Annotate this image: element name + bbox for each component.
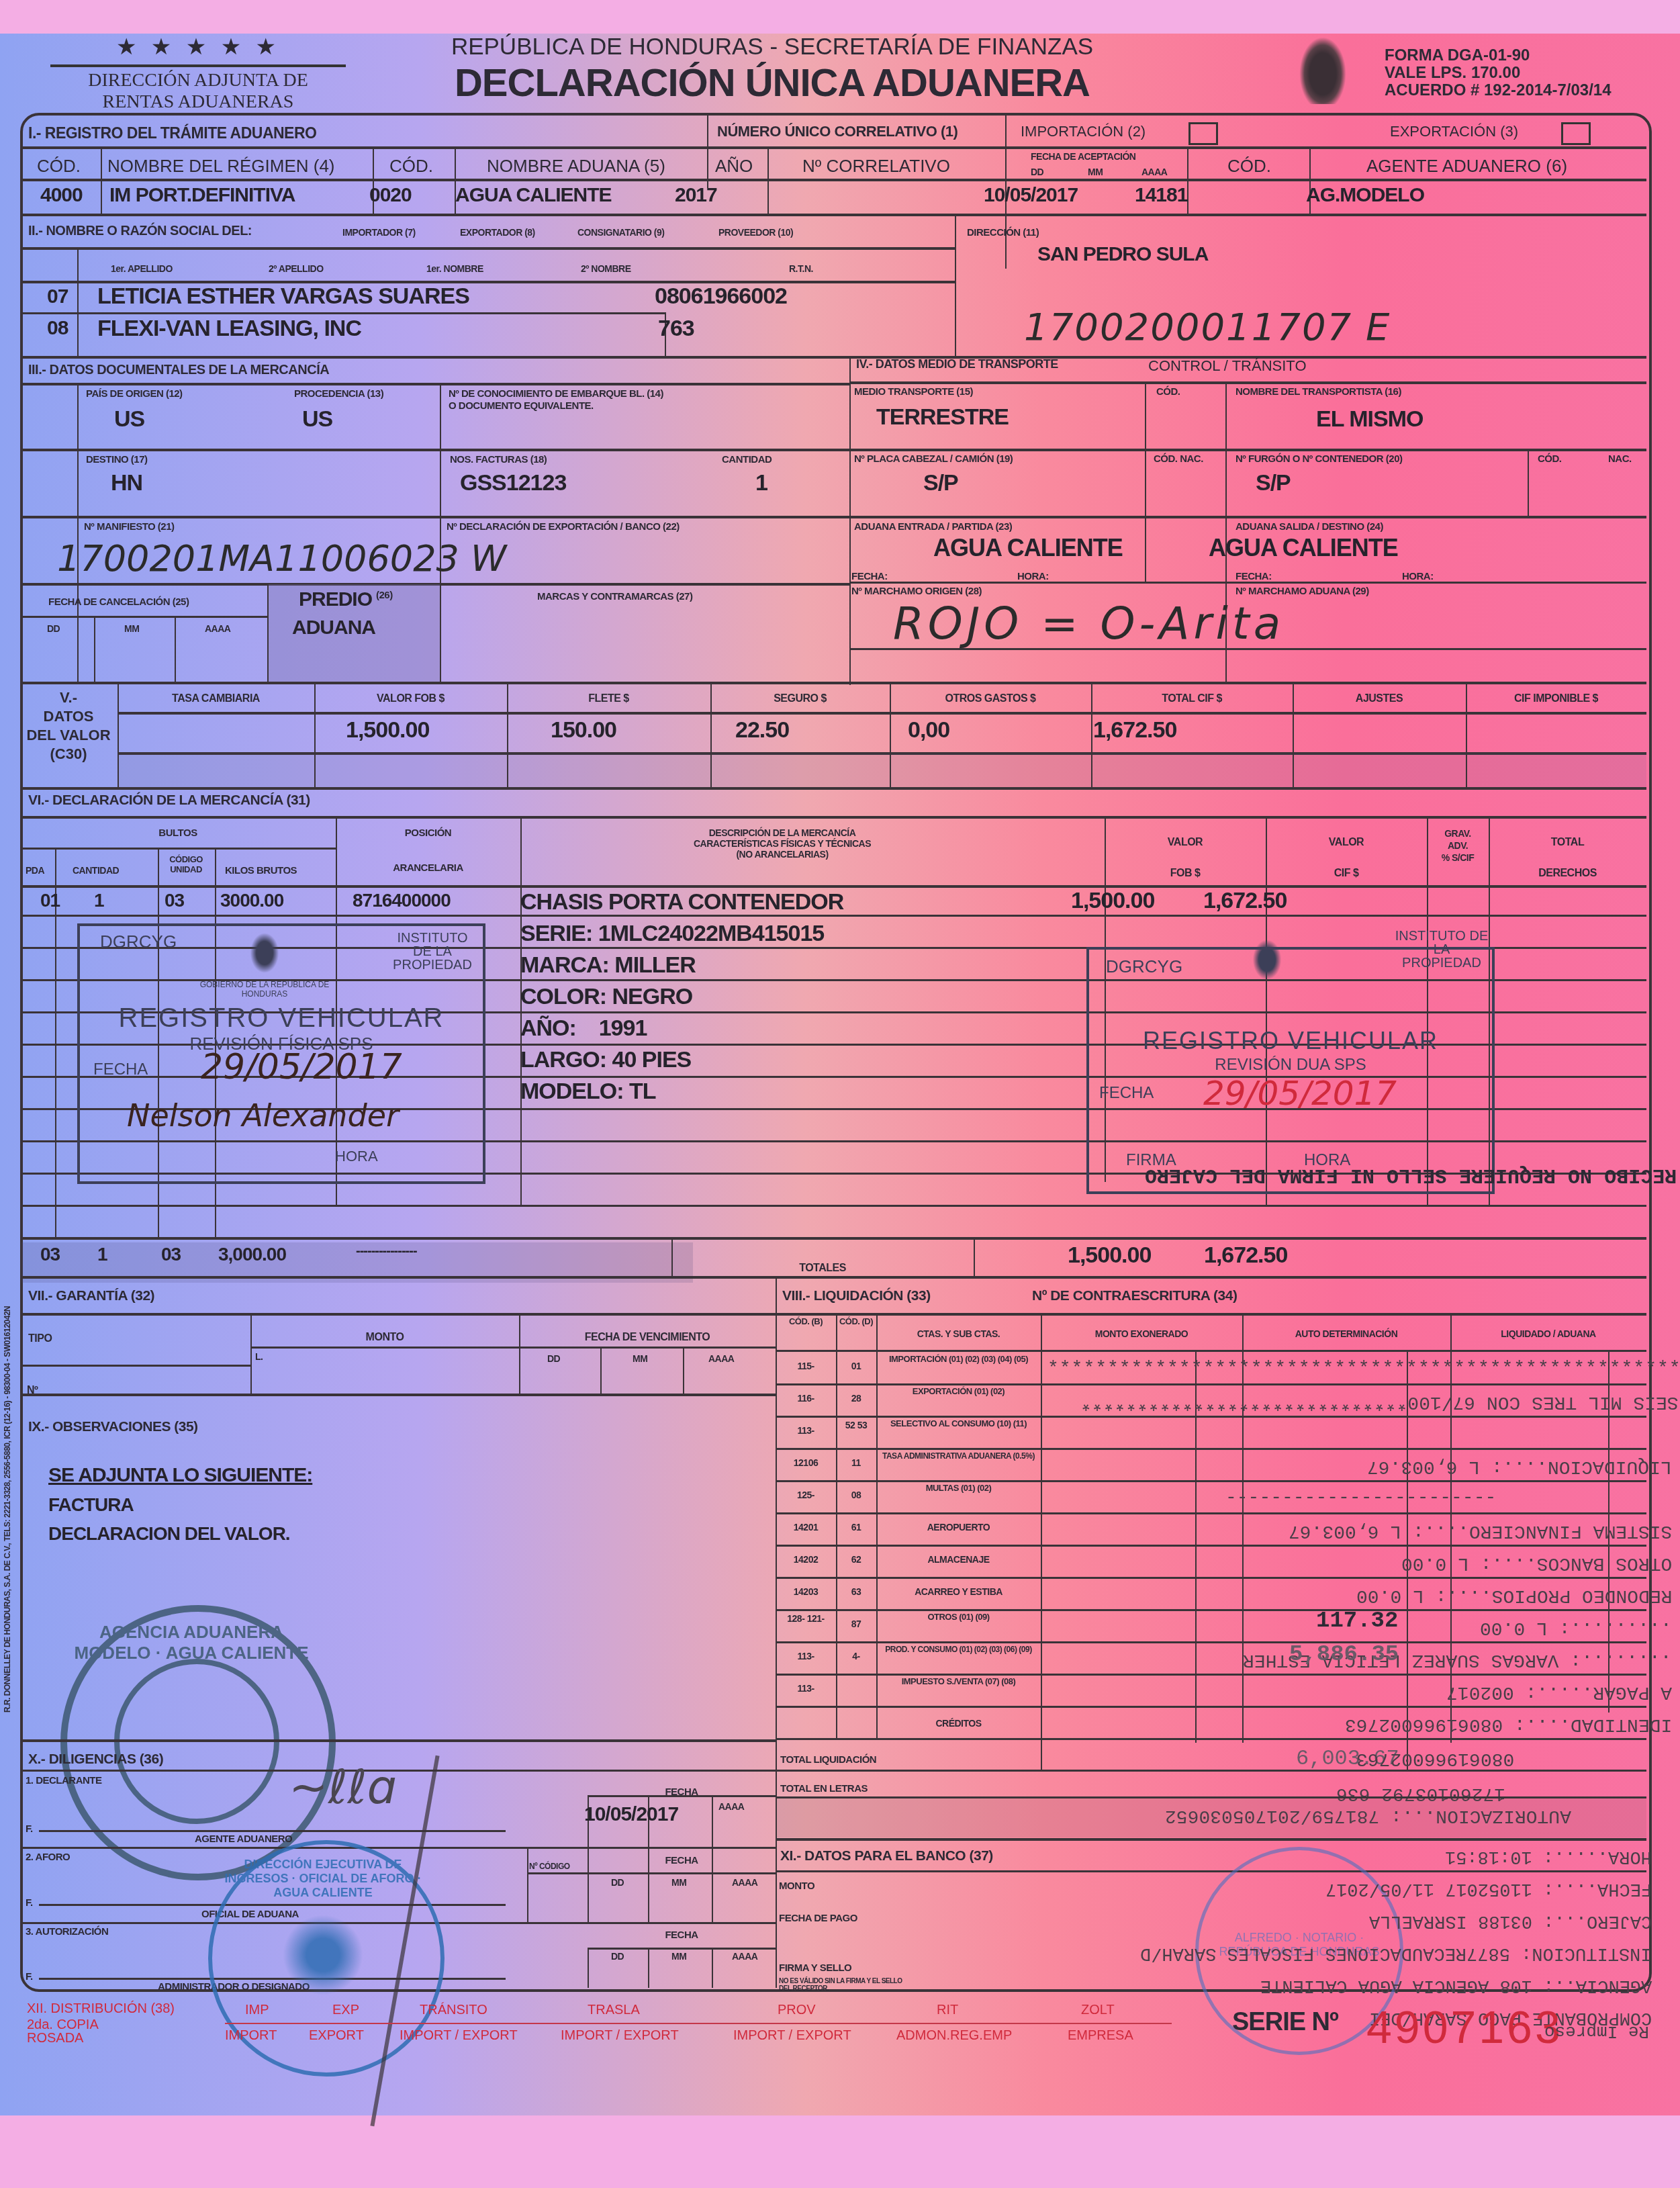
liq-cta: MULTAS (01) (02) xyxy=(876,1483,1041,1494)
agente-aduanero-label: AGENTE ADUANERO xyxy=(195,1833,292,1845)
distribution-line xyxy=(225,2023,1172,2024)
totals-posicion: ---------------- xyxy=(356,1244,417,1259)
registro-vehicular-stamp-right: DGRCYG INSTITUTO DE LA PROPIEDAD REGISTR… xyxy=(1086,947,1495,1194)
liq-cod-b: 14203 xyxy=(776,1586,836,1597)
banco-fecha-pago-label: FECHA DE PAGO xyxy=(779,1913,857,1924)
liq-cod-d: 28 xyxy=(836,1393,876,1404)
section4-title: IV.- DATOS MEDIO DE TRANSPORTE xyxy=(856,357,1058,371)
direccion-label: DIRECCIÓN (11) xyxy=(967,227,1039,238)
manifiesto-handwritten: 1700201MA11006023 W xyxy=(57,537,506,580)
entrada-fecha-label: FECHA: xyxy=(851,571,888,582)
reimpresion-print: Re Impreso xyxy=(1544,2021,1649,2042)
importacion-checkbox[interactable] xyxy=(1188,122,1218,145)
cif-imponible-header: CIF IMPONIBLE $ xyxy=(1466,693,1646,705)
aforo-dd: DD xyxy=(611,1877,624,1888)
description-header: DESCRIPCIÓN DE LA MERCANCÍA CARACTERÍSTI… xyxy=(537,827,1027,860)
fecha-cancelacion-label: FECHA DE CANCELACIÓN (25) xyxy=(48,596,189,608)
numero-unico-label: NÚMERO ÚNICO CORRELATIVO (1) xyxy=(717,123,958,140)
liq-cta: EXPORTACIÓN (01) (02) xyxy=(876,1386,1041,1397)
aforo-fecha-label: FECHA xyxy=(588,1855,776,1866)
aforo-mm: MM xyxy=(671,1877,686,1888)
flete-value: 150.00 xyxy=(551,717,616,743)
cantidad-label: CANTIDAD xyxy=(722,454,772,465)
contraescritura-label: Nº DE CONTRAESCRITURA (34) xyxy=(1032,1288,1237,1304)
copy-label: 2da. COPIA ROSADA xyxy=(27,2018,99,2045)
banco-monto-label: MONTO xyxy=(779,1880,814,1892)
section8-title: VIII.- LIQUIDACIÓN (33) xyxy=(782,1288,931,1304)
salida-label: ADUANA SALIDA / DESTINO (24) xyxy=(1235,521,1383,533)
scan-top-margin xyxy=(0,0,1680,34)
liq-cta: SELECTIVO AL CONSUMO (10) (11) xyxy=(876,1418,1041,1429)
dist-exp: EXP xyxy=(332,2003,359,2018)
item-posicion: 8716400000 xyxy=(353,890,451,911)
liq-cod-d: 62 xyxy=(836,1554,876,1565)
role-proveedor: PROVEEDOR (10) xyxy=(718,227,793,238)
overprint-line: LIQUIDACION....: L 6,003.67 xyxy=(1367,1450,1672,1482)
overprint-line: ------------------------ xyxy=(1047,1482,1679,1514)
col-liquidado: LIQUIDADO / ADUANA xyxy=(1450,1328,1646,1339)
stars-icon: ★ ★ ★ ★ ★ xyxy=(50,34,346,60)
importer-code: 07 xyxy=(47,285,68,308)
liq-cta: IMPUESTO S./VENTA (07) (08) xyxy=(876,1676,1041,1687)
stamp-title: REGISTRO VEHICULAR xyxy=(1089,1027,1492,1055)
stamp-emblem-icon xyxy=(248,929,281,976)
totals-cantidad: 1 xyxy=(97,1244,107,1265)
cancel-dd: DD xyxy=(47,623,60,634)
supplier-code: 08 xyxy=(47,317,68,340)
cancel-aaaa: AAAA xyxy=(205,623,230,634)
importer-name: LETICIA ESTHER VARGAS SUARES xyxy=(97,283,469,310)
liq-cod-d: 08 xyxy=(836,1490,876,1500)
aforo-label: 2. AFORO xyxy=(26,1852,70,1863)
total-liquidacion-print-text: 08061966002763 xyxy=(1356,1748,1514,1769)
col-nombre1: 1er. NOMBRE xyxy=(426,263,483,274)
autorizacion-label: 3. AUTORIZACIÓN xyxy=(26,1926,108,1938)
liq-cta: OTROS (01) (09) xyxy=(876,1612,1041,1623)
medio-label: MEDIO TRANSPORTE (15) xyxy=(854,386,973,398)
section5-title-line: (C30) xyxy=(21,745,115,764)
desc-line: AÑO: 1991 xyxy=(520,1013,843,1044)
stamp-emblem-icon xyxy=(1250,936,1284,983)
direccion-value: SAN PEDRO SULA xyxy=(1037,243,1208,266)
garantia-fecha-venc: FECHA DE VENCIMIENTO xyxy=(519,1332,776,1344)
liq-cod-d: 63 xyxy=(836,1586,876,1597)
col-kilos: KILOS BRUTOS xyxy=(225,865,297,876)
section5-title-line: DATOS xyxy=(21,707,115,726)
declarante-signature: ~ℓℓɑ xyxy=(289,1760,397,1815)
totales-label: TOTALES xyxy=(671,1263,974,1275)
stamp-signature: Nelson Alexander xyxy=(127,1097,399,1134)
section6-title: VI.- DECLARACIÓN DE LA MERCANCÍA (31) xyxy=(28,792,310,809)
exportacion-checkbox[interactable] xyxy=(1561,122,1591,145)
liq-cod-b: 116- xyxy=(776,1393,836,1404)
autorizacion-aaaa: AAAA xyxy=(732,1951,757,1962)
col-cod-b: CÓD. (B) xyxy=(776,1316,836,1326)
section9-title: IX.- OBSERVACIONES (35) xyxy=(28,1419,198,1435)
bank-print-line: INSTITUCION: 5877RECAUDACIONES FISCALES … xyxy=(1140,1937,1652,1969)
autorizacion-print: AUTORIZACION...: 781759/20170503065​2 xyxy=(1165,1805,1571,1826)
col-correlativo: Nº CORRELATIVO xyxy=(802,156,950,177)
desc-header-line: DESCRIPCIÓN DE LA MERCANCÍA xyxy=(537,827,1027,838)
pais-origen-value: US xyxy=(114,406,144,432)
seguro-header: SEGURO $ xyxy=(710,693,890,705)
section5-title-line: DEL VALOR xyxy=(21,726,115,745)
importer-rtn: 08061966002 xyxy=(655,283,787,310)
declarante-fecha-value: 10/05/2017 xyxy=(584,1803,678,1826)
section4-subtitle: CONTROL / TRÁNSITO xyxy=(1148,357,1307,375)
liq-cod-d: 11 xyxy=(836,1457,876,1468)
col-grav-line: ADV. xyxy=(1427,839,1489,852)
furgon-nac-label: NAC. xyxy=(1608,453,1632,465)
seguro-value: 22.50 xyxy=(735,717,789,743)
stamp-emblem-icon xyxy=(276,1908,370,2002)
col-cod-d: CÓD. (D) xyxy=(836,1316,876,1326)
role-exportador: EXPORTADOR (8) xyxy=(460,227,535,238)
desc-line: SERIE: 1MLC24022MB415015 xyxy=(520,918,843,950)
dist-export: EXPORT xyxy=(309,2028,364,2044)
overprint-line: REDONDEO PROPIOS....: L 0.00 xyxy=(1356,1579,1672,1611)
dist-zolt: ZOLT xyxy=(1081,2003,1115,2018)
totals-kilos: 3,000.00 xyxy=(218,1244,286,1265)
stamp-inst: INSTITUTO DE LA PROPIEDAD xyxy=(389,931,476,972)
stamp-aforo-text: DIRECCIÓN EJECUTIVA DE INGRESOS · OFICIA… xyxy=(219,1858,427,1900)
importacion-label: IMPORTACIÓN (2) xyxy=(1021,123,1146,140)
deposito-value: PREDIO xyxy=(299,588,372,611)
handwritten-dua-number: 1700200011707 E xyxy=(1024,306,1391,349)
col-grav-line: % S/CIF xyxy=(1427,852,1489,864)
desc-line: LARGO: 40 PIES xyxy=(520,1044,843,1076)
auto-determinacion-isv: 5,886.35 xyxy=(1289,1642,1399,1668)
declarante-f: F. xyxy=(26,1823,33,1835)
liq-cod-b: 14201 xyxy=(776,1522,836,1533)
total-cif-header: TOTAL CIF $ xyxy=(1091,693,1293,705)
section5-title: V.- DATOS DEL VALOR (C30) xyxy=(21,688,115,764)
placa-value: S/P xyxy=(923,470,958,496)
dist-trasla: TRASLA xyxy=(588,2003,640,2018)
transportista-label: NOMBRE DEL TRANSPORTISTA (16) xyxy=(1235,386,1401,398)
entrada-label: ADUANA ENTRADA / PARTIDA (23) xyxy=(854,521,1012,533)
exportacion-label: EXPORTACIÓN (3) xyxy=(1390,123,1518,140)
col-fecha-aceptacion: FECHA DE ACEPTACIÓN xyxy=(1031,151,1135,162)
item-valor-fob: 1,500.00 xyxy=(1071,888,1154,914)
honduras-coat-of-arms-icon xyxy=(1299,37,1346,104)
col-pda: PDA xyxy=(26,865,44,876)
section12-title: XII. DISTRIBUCIÓN (38) xyxy=(27,2001,175,2017)
col-total-line: TOTAL xyxy=(1489,827,1646,858)
regimen-code: 4000 xyxy=(40,184,83,207)
entrada-value: AGUA CALIENTE xyxy=(933,534,1123,562)
desc-header-line: CARACTERÍSTICAS FÍSICAS Y TÉCNICAS xyxy=(537,838,1027,849)
furgon-cod-label: CÓD. xyxy=(1538,453,1562,465)
conocimiento-label: Nº DE CONOCIMIENTO DE EMBARQUE BL. (14) xyxy=(449,388,663,400)
scan-bottom-margin xyxy=(0,2115,1680,2188)
cancel-mm: MM xyxy=(124,623,139,634)
banco-firma-label: FIRMA Y SELLO xyxy=(779,1962,851,1974)
aforo-aaaa: AAAA xyxy=(732,1877,757,1888)
overprint-line: IDENTIDAD....: 08061966002763 xyxy=(1345,1708,1672,1740)
col-valor-cif-line: VALOR xyxy=(1266,827,1427,858)
item-codigo: 03 xyxy=(165,890,184,911)
item-valor-cif: 1,672.50 xyxy=(1203,888,1287,914)
liq-cod-b: 113- xyxy=(776,1425,836,1436)
furgon-label: Nº FURGÓN O Nº CONTENEDOR (20) xyxy=(1235,453,1402,465)
serie-label: SERIE Nº xyxy=(1232,2008,1338,2037)
section5-title-line: V.- xyxy=(21,688,115,707)
regimen-name: IM PORT.DEFINITIVA xyxy=(109,184,295,207)
conocimiento-label2: O DOCUMENTO EQUIVALENTE. xyxy=(449,400,594,412)
agente-code: 14181 xyxy=(1135,184,1187,207)
registro-vehicular-stamp-left: DGRCYG INSTITUTO DE LA PROPIEDAD GOBIERN… xyxy=(77,923,485,1184)
col-dd: DD xyxy=(1031,167,1043,177)
totals-fob: 1,500.00 xyxy=(1068,1242,1151,1269)
total-cif-value: 1,672.50 xyxy=(1093,717,1176,743)
liq-cta: CRÉDITOS xyxy=(876,1718,1041,1729)
col-valor-fob: VALORFOB $ xyxy=(1105,827,1266,889)
dist-prov: PROV xyxy=(778,2003,816,2018)
liq-cta: PROD. Y CONSUMO (01) (02) (03) (06) (09) xyxy=(876,1644,1041,1655)
dist-import: IMPORT xyxy=(225,2028,277,2044)
bank-print-line: CAJERO...: 03188 ISRRAELLA xyxy=(1369,1905,1652,1937)
overprint-line: ****************************************… xyxy=(1047,1353,1679,1385)
marchamo-aduana-label: Nº MARCHAMO ADUANA (29) xyxy=(1235,586,1369,597)
stamp-date-handwritten: 29/05/2017 xyxy=(201,1047,402,1087)
transportista-value: EL MISMO xyxy=(1316,406,1424,432)
garantia-mm: MM xyxy=(633,1353,647,1364)
autorizacion-fecha-label: FECHA xyxy=(588,1929,776,1941)
total-liquidacion-label: TOTAL LIQUIDACIÓN xyxy=(780,1754,876,1766)
aforo-f: F. xyxy=(26,1897,33,1909)
supplier-rtn: 763 xyxy=(658,316,694,342)
item-pda: 01 xyxy=(40,890,60,911)
col-auto-determinacion: AUTO DETERMINACIÓN xyxy=(1242,1328,1450,1339)
furgon-value: S/P xyxy=(1256,470,1291,496)
facturas-value: GSS12123 xyxy=(460,470,566,496)
otros-gastos-header: OTROS GASTOS $ xyxy=(890,693,1091,705)
marchamo-origen-label: Nº MARCHAMO ORIGEN (28) xyxy=(851,586,982,597)
garantia-tipo: TIPO xyxy=(28,1333,52,1345)
deposito-value2: ADUANA xyxy=(292,617,375,639)
col-apellido1: 1er. APELLIDO xyxy=(111,263,173,274)
section7-title: VII.- GARANTÍA (32) xyxy=(28,1288,154,1304)
col-monto-exonerado: MONTO EXONERADO xyxy=(1041,1328,1242,1339)
acuerdo: ACUERDO # 192-2014-7/03/14 xyxy=(1385,82,1612,99)
liq-cod-b: 128- 121- xyxy=(776,1613,836,1624)
declarante-label: 1. DECLARANTE xyxy=(26,1775,102,1786)
stamp-fecha-label: FECHA xyxy=(93,1060,148,1079)
section11-title: XI.- DATOS PARA EL BANCO (37) xyxy=(780,1848,993,1864)
role-importador: IMPORTADOR (7) xyxy=(342,227,416,238)
stamp-gov: GOBIERNO DE LA REPÚBLICA DE HONDURAS xyxy=(181,980,348,999)
destino-value: HN xyxy=(111,470,142,496)
col-cod3: CÓD. xyxy=(1227,156,1271,177)
aduana-name: AGUA CALIENTE xyxy=(455,184,612,207)
overprint-line: SISTEMA FINANCIERO....: L 6,003.67 xyxy=(1289,1514,1672,1547)
salida-hora-label: HORA: xyxy=(1402,571,1434,582)
procedencia-value: US xyxy=(302,406,332,432)
receipt-note: RECIBO NO REQUIERE SELLO NI FIRMA DEL CA… xyxy=(1145,1163,1677,1186)
liq-cod-b: 14202 xyxy=(776,1554,836,1565)
desc-line: CHASIS PORTA CONTENEDOR xyxy=(520,886,843,918)
liq-cod-b: 113- xyxy=(776,1651,836,1661)
item-kilos: 3000.00 xyxy=(220,890,283,911)
garantia-monto: MONTO xyxy=(250,1332,519,1344)
title-block: REPÚBLICA DE HONDURAS - SECRETARÍA DE FI… xyxy=(443,34,1101,105)
reimpresion-text: Re Impreso xyxy=(1544,2021,1649,2042)
col-valor-cif: VALORCIF $ xyxy=(1266,827,1427,889)
liq-cta: ACARREO Y ESTIBA xyxy=(876,1586,1041,1597)
marchamo-handwritten: ROJO = O-Arita xyxy=(893,598,1285,649)
agency-line2: RENTAS ADUANERAS xyxy=(50,91,346,113)
dist-transito: TRÁNSITO xyxy=(420,2003,487,2018)
col-aduana: NOMBRE ADUANA (5) xyxy=(487,156,665,177)
bultos-header: BULTOS xyxy=(20,827,336,839)
stamp-date-handwritten: 29/05/2017 xyxy=(1203,1074,1397,1113)
liq-cod-b: 12106 xyxy=(776,1457,836,1468)
ajustes-header: AJUSTES xyxy=(1293,693,1466,705)
section2-title: II.- NOMBRE O RAZÓN SOCIAL DEL: xyxy=(28,224,252,239)
aforo-no-codigo: Nº CÓDIGO xyxy=(529,1862,570,1871)
col-agente: AGENTE ADUANERO (6) xyxy=(1366,156,1567,177)
auto-determinacion-otros: 117.32 xyxy=(1316,1608,1398,1634)
liq-cod-b: 125- xyxy=(776,1490,836,1500)
cantidad-value: 1 xyxy=(755,470,767,496)
desc-line: MARCA: MILLER xyxy=(520,950,843,981)
autorizacion-print-text: AUTORIZACION...: 781759/20170503065​2 xyxy=(1165,1805,1571,1826)
section3-title: III.- DATOS DOCUMENTALES DE LA MERCANCÍA xyxy=(28,363,329,378)
salida-value: AGUA CALIENTE xyxy=(1209,534,1398,562)
stamp-title: REGISTRO VEHICULAR xyxy=(80,1003,483,1034)
col-cod: CÓD. xyxy=(37,156,81,177)
observaciones-item-factura: FACTURA xyxy=(48,1494,134,1516)
col-nombre2: 2º NOMBRE xyxy=(581,263,631,274)
valor-fob-value: 1,500.00 xyxy=(346,717,429,743)
entrada-hora-label: HORA: xyxy=(1017,571,1049,582)
liq-cta: IMPORTACIÓN (01) (02) (03) (04) (05) xyxy=(876,1354,1041,1365)
bank-print-line: FECHA....: 11052017 11/05/2017 xyxy=(1325,1872,1652,1905)
stamp-hora: HORA xyxy=(335,1148,378,1165)
dist-rit: RIT xyxy=(937,2003,958,2018)
stamp-org: DGRCYG xyxy=(100,931,177,952)
value-row-shade xyxy=(119,754,1646,787)
dist-import-export-2: IMPORT / EXPORT xyxy=(561,2028,679,2044)
liq-cod-d: 61 xyxy=(836,1522,876,1533)
fecha-aceptacion-value: 10/05/2017 xyxy=(984,184,1078,207)
vale-price: VALE LPS. 170.00 xyxy=(1385,64,1612,82)
dist-imp: IMP xyxy=(245,2003,269,2018)
transporte-cod-label: CÓD. xyxy=(1156,386,1180,398)
col-codigo-unidad: CÓDIGO UNIDAD xyxy=(159,854,213,874)
bank-print-line: HORA.....: 10:18:51 xyxy=(1445,1840,1652,1872)
col-regimen: NOMBRE DEL RÉGIMEN (4) xyxy=(107,156,335,177)
republic-line: REPÚBLICA DE HONDURAS - SECRETARÍA DE FI… xyxy=(443,34,1101,60)
col-ctas: CTAS. Y SUB CTAS. xyxy=(876,1328,1041,1339)
totals-cif: 1,672.50 xyxy=(1204,1242,1287,1269)
placa-label: Nº PLACA CABEZAL / CAMIÓN (19) xyxy=(854,453,1013,465)
autorizacion-dd: DD xyxy=(611,1951,624,1962)
stamp-fecha-label: FECHA xyxy=(1099,1084,1154,1103)
copy-line2: ROSADA xyxy=(27,2032,99,2045)
col-apellido2: 2º APELLIDO xyxy=(269,263,324,274)
item-description: CHASIS PORTA CONTENEDOR SERIE: 1MLC24022… xyxy=(520,886,843,1107)
dist-admon: ADMON.REG.EMP xyxy=(896,2028,1012,2044)
receipt-overprint: ****************************************… xyxy=(1047,1353,1679,1743)
role-consignatario: CONSIGNATARIO (9) xyxy=(577,227,664,238)
item-cantidad: 1 xyxy=(94,890,104,911)
desc-header-line: (NO ARANCELARIAS) xyxy=(537,849,1027,860)
liq-cta: ALMACENAJE xyxy=(876,1554,1041,1565)
garantia-aaaa: AAAA xyxy=(708,1353,734,1364)
stamp-inst: INSTITUTO DE LA PROPIEDAD xyxy=(1395,929,1489,970)
liq-cod-d: 52 53 xyxy=(836,1420,876,1430)
bank-print-line: AGENCIA..: 108 AGENCIA AGUA CALIENTE xyxy=(1260,1969,1652,2001)
col-cod2: CÓD. xyxy=(389,156,433,177)
total-liquidacion-print: 08061966002763 xyxy=(1356,1748,1514,1769)
tasa-cambiaria-header: TASA CAMBIARIA xyxy=(118,693,314,705)
col-rtn: R.T.N. xyxy=(789,263,813,274)
col-anio: AÑO xyxy=(715,156,753,177)
col-valor-fob-line: VALOR xyxy=(1105,827,1266,858)
totals-pda: 03 xyxy=(40,1244,60,1265)
placa-cod-nac-label: CÓD. NAC. xyxy=(1154,453,1203,465)
totals-codigo: 03 xyxy=(161,1244,181,1265)
page-title: DECLARACIÓN ÚNICA ADUANERA xyxy=(443,60,1101,105)
observaciones-item-declaracion: DECLARACION DEL VALOR. xyxy=(48,1523,290,1545)
destino-label: DESTINO (17) xyxy=(86,454,148,465)
col-aaaa: AAAA xyxy=(1141,167,1167,177)
deposito-label: (26) xyxy=(376,590,393,601)
desc-line: MODELO: TL xyxy=(520,1076,843,1107)
flete-header: FLETE $ xyxy=(507,693,710,705)
facturas-label: NOS. FACTURAS (18) xyxy=(450,454,547,465)
col-mm: MM xyxy=(1088,167,1103,177)
col-cantidad: CANTIDAD xyxy=(73,865,119,876)
banco-nota: NO ES VÁLIDO SIN LA FIRMA Y EL SELLO DEL… xyxy=(779,1978,913,1993)
decl-export-label: Nº DECLARACIÓN DE EXPORTACIÓN / BANCO (2… xyxy=(447,521,680,533)
col-grav: GRAV.ADV.% S/CIF xyxy=(1427,827,1489,864)
section10-title: X.- DILIGENCIAS (36) xyxy=(28,1751,163,1768)
salida-fecha-label: FECHA: xyxy=(1235,571,1272,582)
observaciones-heading: SE ADJUNTA LO SIGUIENTE: xyxy=(48,1464,312,1487)
desc-line: COLOR: NEGRO xyxy=(520,981,843,1013)
dist-import-export-3: IMPORT / EXPORT xyxy=(733,2028,851,2044)
overprint-line: SEIS MIL TRES CON 67/100****************… xyxy=(1080,1385,1679,1418)
forma-code: FORMA DGA-01-90 xyxy=(1385,47,1612,64)
receipt-note-text: RECIBO NO REQUIERE SELLO NI FIRMA DEL CA… xyxy=(1145,1163,1677,1186)
agency-block: ★ ★ ★ ★ ★ DIRECCIÓN ADJUNTA DE RENTAS AD… xyxy=(50,34,346,113)
autorizacion-mm: MM xyxy=(671,1951,686,1962)
section1-title: I.- REGISTRO DEL TRÁMITE ADUANERO xyxy=(28,124,316,142)
liq-cod-d: 4- xyxy=(836,1651,876,1661)
garantia-l: L. xyxy=(255,1351,263,1362)
liq-cod-b: 113- xyxy=(776,1683,836,1694)
liq-cta: AEROPUERTO xyxy=(876,1522,1041,1533)
medio-value: TERRESTRE xyxy=(876,404,1009,430)
liq-cta: TASA ADMINISTRATIVA ADUANERA (0.5%) xyxy=(876,1451,1041,1461)
col-total-derechos: TOTALDERECHOS xyxy=(1489,827,1646,889)
col-grav-line: GRAV. xyxy=(1427,827,1489,839)
valor-fob-header: VALOR FOB $ xyxy=(314,693,507,705)
autorizacion-f: F. xyxy=(26,1971,33,1982)
serie-number: 4907163 xyxy=(1366,2001,1563,2054)
posicion-header: POSICIÓN xyxy=(336,827,520,839)
arancelaria-header: ARANCELARIA xyxy=(336,862,520,874)
otros-gastos-value: 0,00 xyxy=(908,717,949,743)
supplier-name: FLEXI-VAN LEASING, INC xyxy=(97,316,361,342)
manifiesto-label: Nº MANIFIESTO (21) xyxy=(84,521,175,533)
stamp-sub: REVISIÓN DUA SPS xyxy=(1089,1056,1492,1075)
dist-import-export-1: IMPORT / EXPORT xyxy=(400,2028,518,2044)
pais-origen-label: PAÍS DE ORIGEN (12) xyxy=(86,388,183,400)
